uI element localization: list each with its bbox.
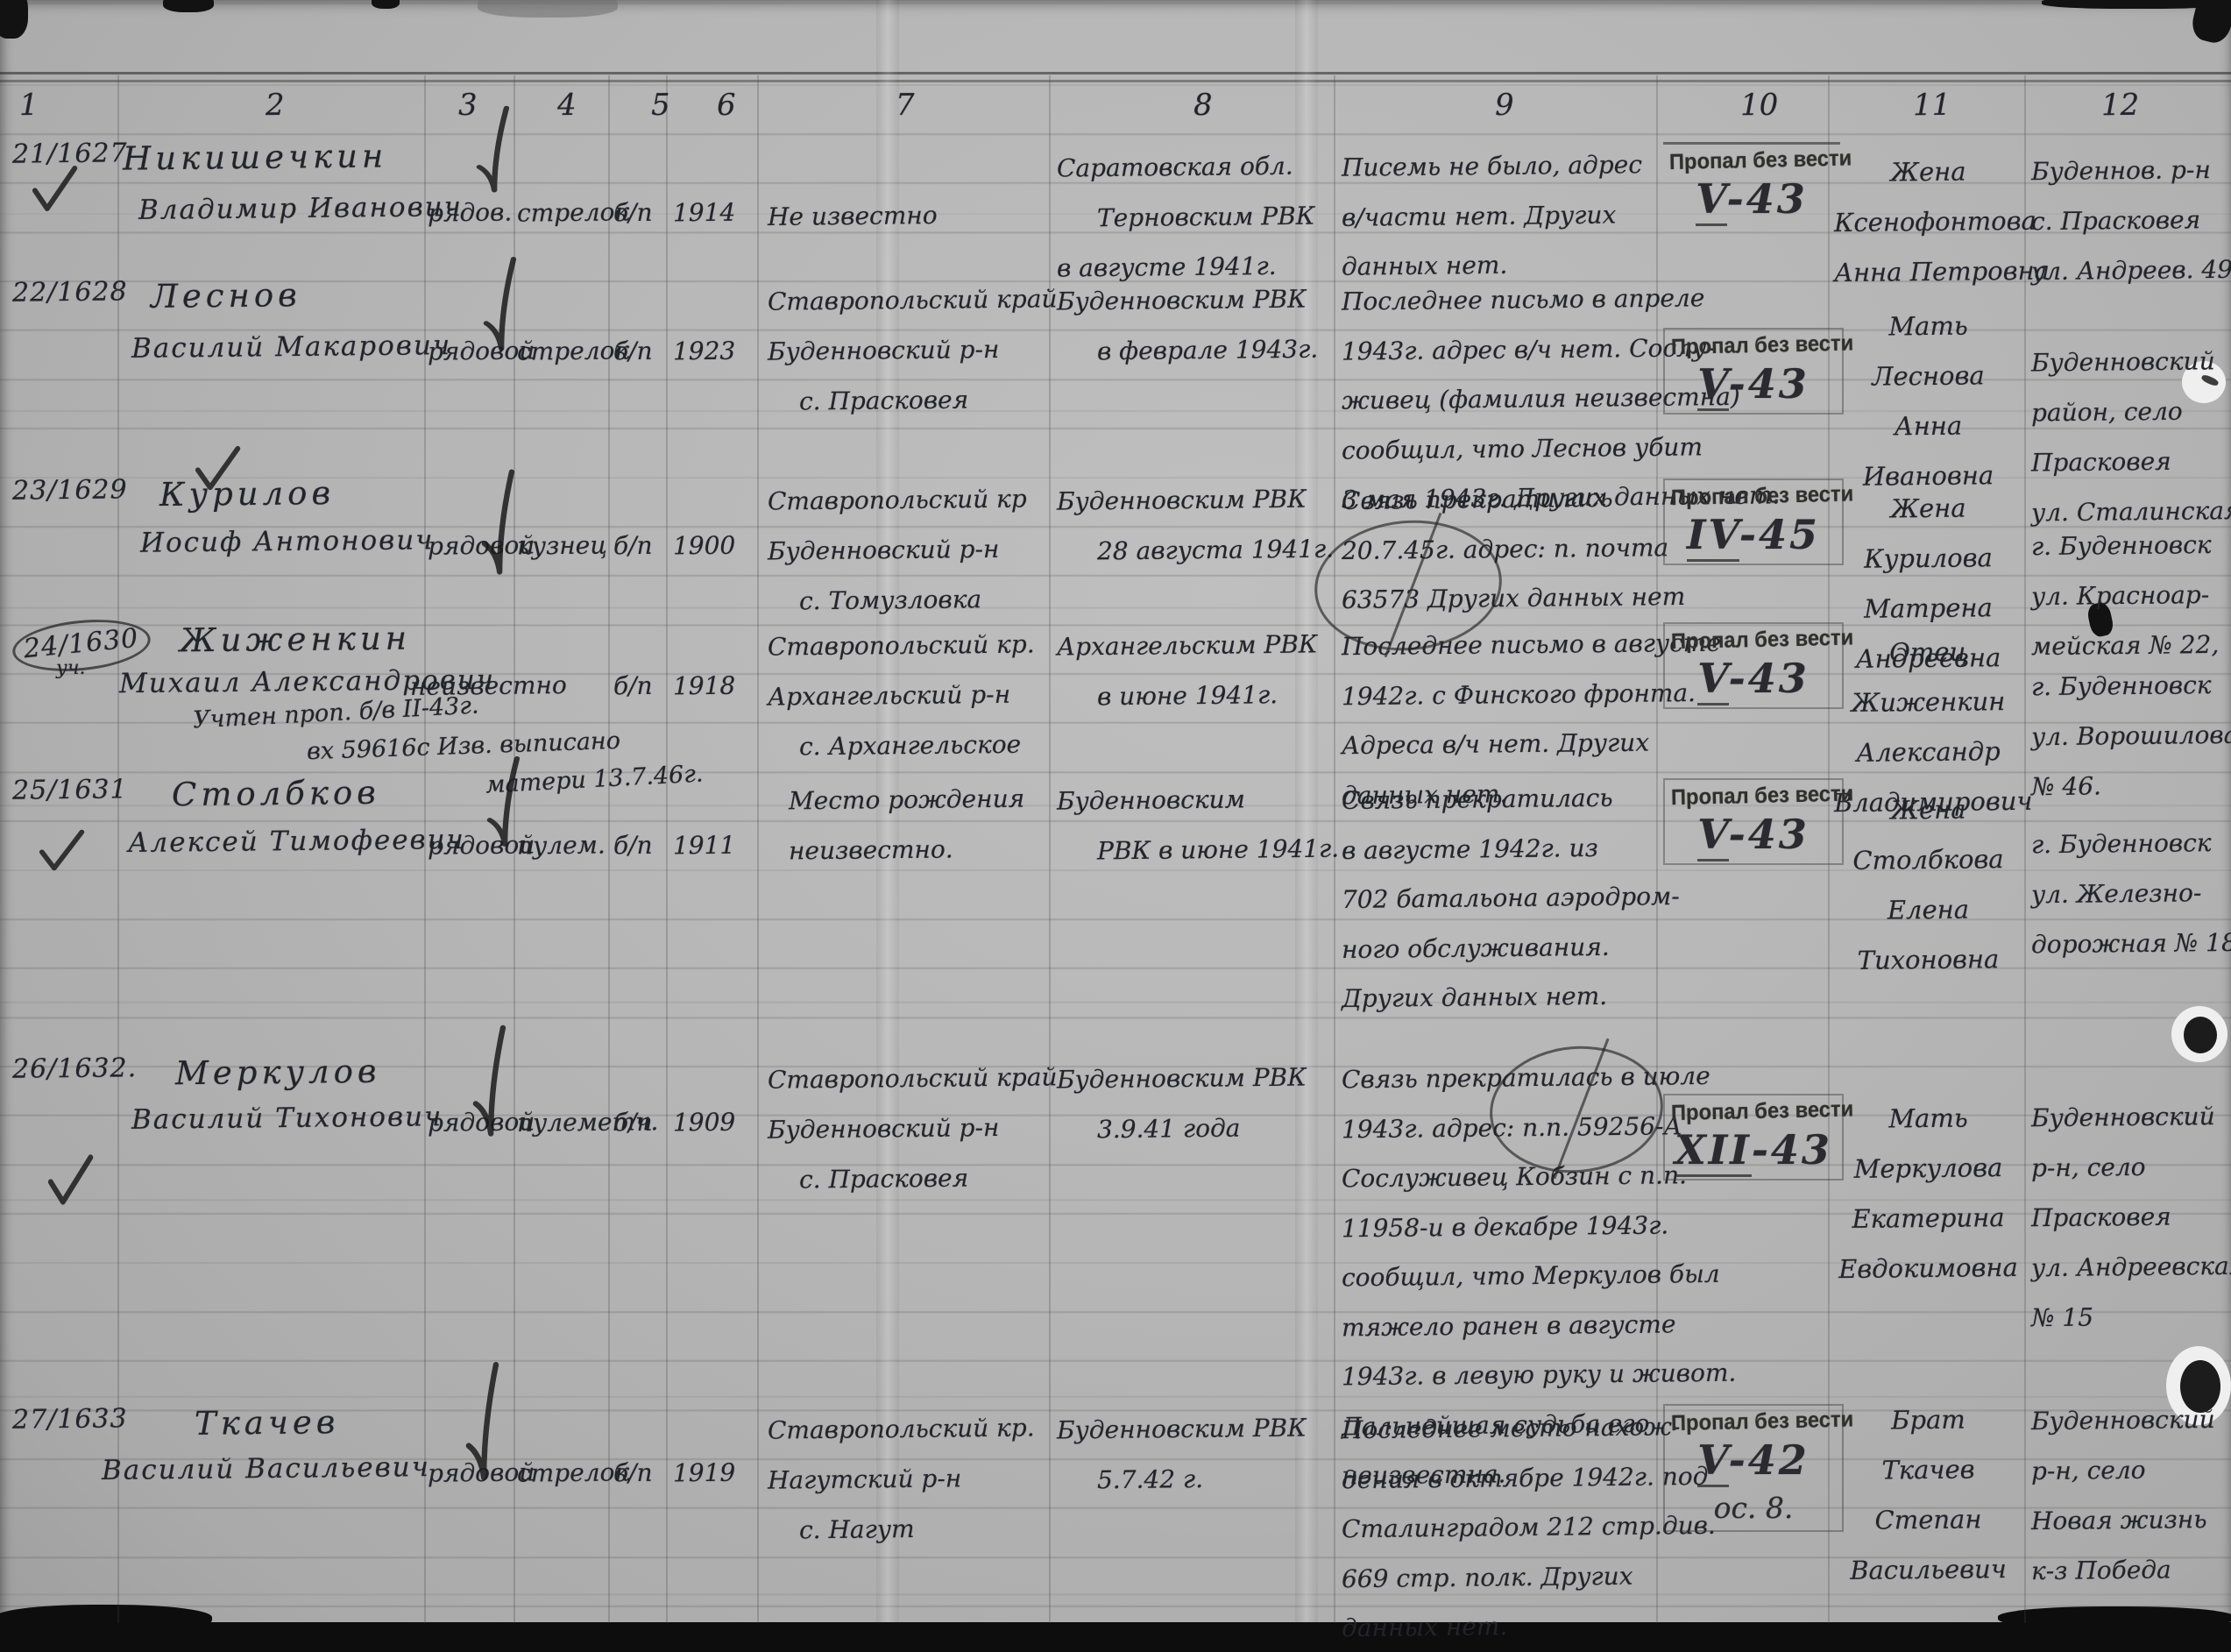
surname: Никишечкин [123,137,388,177]
draft-line: 5.7.42 г. [1097,1453,1307,1505]
missing-date-month: V [1697,360,1728,411]
relative-line: Анна Петровна [1834,246,2023,298]
detail-line: 63573 Других данных нет [1342,572,1686,626]
small-check-mark [30,163,79,214]
header-rule-top [0,72,2231,74]
detail-line: Связь прекратилась [1342,773,1680,826]
missing-in-action-stamp: Пропал без вестиV-43 [1663,622,1844,709]
missing-date: V-43 [1665,175,1838,223]
address-line: дорожная № 18. [2031,918,2231,970]
missing-date-month: V [1697,1436,1728,1487]
header-rule-bottom [0,80,2231,82]
detail-line: сообщил, что Меркулов был [1342,1250,1737,1303]
specialty: кузнец [517,530,607,560]
birth-year: 1911 [673,831,736,861]
ink-smudge [478,0,618,18]
detail-line: Последнее письмо в апреле [1342,273,1781,327]
missing-in-action-stamp: Пропал без вестиV-43 [1663,778,1844,865]
draft-line: Терновским РВК [1097,191,1315,244]
address-line: Прасковея [2031,436,2231,488]
drafted-cell: Буденновским РВК28 августа 1941г. [1057,475,1334,575]
address-cell: Буденновскийрайон, селоПрасковеяул. Стал… [2031,337,2231,536]
missing-stamp-label: Пропал без вести [1669,146,1835,175]
surname: Курилов [159,474,335,514]
address-line: № 46. [2031,760,2231,812]
relative-line: Леснова [1834,351,2023,402]
detail-line: сообщил, что Леснов убит [1342,422,1781,476]
party-status: б/п [613,671,653,700]
detail-line: 20.7.45г. адрес: п. почта [1342,522,1686,576]
birthplace-line: с. Нагут [799,1503,1035,1556]
address-line: г. Буденновск [2031,520,2220,571]
missing-date-month: V [1697,655,1728,705]
birthplace-line: Ставропольский край [768,1052,1058,1104]
birthplace-line: Не известно [768,190,938,242]
surname: Леснов [151,276,301,316]
row-id: 25/1631 [12,774,128,805]
missing-stamp-label: Пропал без вести [1671,626,1837,655]
missing-stamp-label: Пропал без вести [1671,1097,1837,1126]
address-line: г. Буденновск [2031,660,2231,712]
column-number: 7 [896,88,915,123]
relative-line: Тихоновна [1834,934,2023,986]
relative-line: Жиженкин [1834,677,2023,728]
column-number: 4 [557,88,577,123]
birth-year: 1918 [673,671,736,701]
missing-date-month: V [1696,175,1726,226]
draft-line: Буденновским РВК [1057,1403,1307,1456]
birthplace-line: с. Прасковея [799,1152,1058,1204]
rank: рядов. [428,197,513,227]
missing-stamp-label: Пропал без вести [1671,1407,1837,1436]
draft-line: Саратовская обл. [1057,140,1315,193]
relative-cell: МатьМеркуловаЕкатеринаЕвдокимовна [1834,1094,2022,1294]
specialty: пулем. [517,830,606,860]
address-line: Буденновский [2031,336,2231,388]
relative-line: Отец [1834,627,2023,678]
drafted-cell: БуденновскимРВК в июне 1941г. [1057,775,1339,875]
missing-date-month: IV [1687,511,1739,562]
check-mark [473,103,513,204]
bottom-edge-band [1998,1606,2231,1629]
column-number: 1 [19,88,39,123]
drafted-cell: Буденновским РВК3.9.41 года [1057,1053,1307,1153]
address-line: ул. Андреев. 49 [2031,245,2231,296]
ink-blot [2189,0,2231,46]
birthplace-line: Место рождения [789,774,1025,826]
bottom-edge-band [0,1605,212,1633]
row-id: 27/1633 [12,1403,128,1435]
grid-line [757,75,759,1623]
paper-hole [2184,1017,2217,1053]
address-line: Буденнов. р-н [2031,145,2231,196]
relative-line: Екатерина [1834,1193,2023,1244]
missing-date: V-42 [1667,1436,1840,1484]
relative-line: Ксенофонтова [1834,196,2023,248]
small-check-mark [46,1152,95,1208]
birthplace-line: Буденновский р-н [768,523,1027,576]
birthplace-line: Ставропольский кр. [768,619,1035,671]
relative-line: Столбкова [1834,834,2023,886]
row-id: 21/1627 [12,138,128,169]
drafted-cell: Буденновским РВКв феврале 1943г. [1057,275,1318,375]
stamp-extra-note: ос. 8. [1667,1491,1840,1525]
birthplace-cell: Место рождениянеизвестно. [789,775,1024,875]
party-status: б/п [613,1108,653,1137]
relative-line: Жена [1834,146,2023,198]
party-status: б/п [613,831,653,860]
birthplace-line: Архангельский р-н [768,669,1035,721]
address-line: Прасковея [2031,1191,2231,1244]
relative-line: Меркулова [1834,1143,2023,1195]
relative-line: Мать [1834,1093,2023,1145]
address-line: ул. Андреевская [2031,1241,2231,1294]
row-annotation: уч. [56,657,86,679]
missing-in-action-stamp: Пропал без вестиV-43 [1663,142,1840,228]
draft-line: Буденновским РВК [1057,273,1319,326]
given-names: Иосиф Антонович [140,524,435,559]
birth-year: 1914 [673,198,736,228]
draft-line: 28 августа 1941г. [1097,524,1335,577]
given-names: Василий Тихонович [131,1101,443,1136]
column-number: 3 [458,88,478,123]
missing-in-action-stamp: Пропал без вестиIV-45 [1663,479,1844,565]
party-status: б/п [613,531,653,560]
draft-line: Буденновским РВК [1057,1053,1307,1105]
ink-blot [372,0,400,9]
relative-line: Евдокимовна [1834,1243,2023,1294]
note-line: матери 13.7.46г. [485,761,704,799]
missing-date: IV-45 [1667,511,1840,558]
grid-line [2024,75,2026,1623]
missing-stamp-label: Пропал без вести [1671,482,1837,511]
address-cell: Буденнов. р-нс. Прасковеяул. Андреев. 49 [2031,145,2231,295]
party-status: б/п [613,337,653,365]
birth-year: 1923 [673,337,736,366]
given-names: Владимир Иванович [138,191,463,226]
relative-line: Ткачев [1834,1444,2023,1496]
missing-date: V-43 [1667,811,1840,858]
party-status: б/п [613,198,653,227]
relative-line: Жена [1834,784,2023,836]
address-line: ул. Ворошилова [2031,710,2231,762]
draft-line: Архангельским РВК [1057,619,1318,671]
birthplace-line: Ставропольский кр [768,473,1027,526]
relative-cell: БратТкачевСтепанВасильевич [1834,1395,2022,1595]
relative-cell: МатьЛесноваАннаИвановна [1834,301,2022,501]
column-number: 5 [651,88,670,123]
detail-line: Писемь не было, адрес [1342,140,1643,193]
draft-line: Буденновским [1057,773,1340,826]
detail-line: Адреса в/ч нет. Других [1342,718,1722,771]
draft-line: в феврале 1943г. [1097,324,1319,377]
drafted-cell: Буденновским РВК5.7.42 г. [1057,1404,1307,1504]
draft-line: РВК в июне 1941г. [1097,824,1340,876]
missing-in-action-stamp: Пропал без вестиV-42ос. 8. [1663,1404,1844,1532]
missing-date: XII-43 [1667,1126,1840,1173]
surname: Жиженкин [180,620,411,660]
birthplace-cell: Ставропольский кр.Архангельский р-нс. Ар… [768,620,1035,770]
row-id: 22/1628 [12,276,128,308]
relative-line: Александр [1834,727,2023,778]
relative-cell: ЖенаСтолбковаЕленаТихоновна [1834,785,2022,985]
missing-stamp-label: Пропал без вести [1671,782,1837,811]
address-cell: Буденновскийр-н, селоПрасковеяул. Андрее… [2031,1092,2231,1342]
column-number: 6 [717,88,736,123]
draft-line: в июне 1941г. [1097,670,1318,722]
birth-year: 1900 [673,531,736,561]
address-line: № 15 [2031,1291,2231,1344]
address-cell: г. Буденновскул. Железно-дорожная № 18. [2031,819,2231,968]
address-line: р-н, село [2031,1141,2231,1194]
birthplace-line: с. Томузловка [799,574,1027,627]
surname: Ткачев [195,1403,340,1443]
birthplace-cell: Ставропольский крайБуденновский р-нс. Пр… [768,275,1057,425]
surname: Столбков [172,774,380,813]
note-line: вх 59616с Изв. выписано [307,727,621,765]
given-names: Василий Васильевич [102,1451,430,1486]
relative-line: Степан [1834,1494,2023,1546]
row-id: 23/1629 [12,474,128,506]
details-cell: Писемь не было, адресв/части нет. Других… [1342,142,1642,291]
address-line: Буденновский [2031,1091,2231,1144]
small-check-mark [37,827,86,873]
detail-line: в/части нет. Других [1342,190,1643,243]
column-number: 9 [1495,88,1514,123]
birthplace-line: Ставропольский кр. [768,1402,1035,1455]
drafted-cell: Архангельским РВКв июне 1941г. [1057,620,1318,720]
ink-blot [163,0,214,12]
address-cell: г. Буденновскул. Красноар-мейская № 22, [2031,521,2219,670]
detail-line: тяжело ранен в августе [1342,1299,1737,1352]
drafted-cell: Саратовская обл.Терновским РВКв августе … [1057,142,1314,292]
detail-line: 11958-и в декабре 1943г. [1342,1200,1737,1253]
address-line: ул. Железно- [2031,868,2231,920]
detail-line: 1943г. в левую руку и живот. [1342,1349,1737,1402]
birthplace-line: Нагутский р-н [768,1452,1035,1505]
column-number: 11 [1913,88,1951,123]
relative-line: Елена [1834,884,2023,936]
relative-line: Брат [1834,1394,2023,1446]
surname: Меркулов [175,1053,381,1092]
relative-line: Жена [1834,483,2023,535]
birthplace-line: с. Прасковея [799,373,1058,426]
detail-line: в августе 1942г. из [1342,822,1680,876]
detail-line: Последнее место нахож- [1342,1402,1716,1456]
details-cell: Связь прекратиласьв августе 1942г. из702… [1342,775,1680,1023]
missing-in-action-stamp: Пропал без вестиV-43 [1663,328,1844,415]
document-sheet: 12345678910111221/1627НикишечкинВладимир… [0,0,2231,1652]
address-line: ул. Красноар- [2031,570,2220,621]
birthplace-line: Буденновский р-н [768,323,1058,376]
address-line: г. Буденновск [2031,818,2231,870]
missing-stamp-label: Пропал без вести [1671,331,1837,360]
column-number: 10 [1740,88,1779,123]
column-number: 12 [2101,88,2140,123]
column-number: 8 [1193,88,1213,123]
relative-line: Курилова [1834,533,2023,585]
birth-year: 1909 [673,1108,736,1138]
missing-date-month: XII [1675,1126,1752,1177]
draft-line: Буденновским РВК [1057,473,1335,526]
birthplace-cell: Ставропольский кр.Нагутский р-нс. Нагут [768,1404,1035,1554]
missing-in-action-stamp: Пропал без вестиXII-43 [1663,1094,1844,1181]
ink-blot [0,0,28,39]
detail-line: ного обслуживания. [1342,921,1680,975]
relative-line: Мать [1834,301,2023,352]
address-line: р-н, село [2031,1444,2215,1496]
missing-date: V-43 [1667,655,1840,702]
birthplace-cell: Ставропольский крайБуденновский р-нс. Пр… [768,1053,1057,1203]
birth-year: 1919 [673,1458,736,1488]
draft-line: 3.9.41 года [1097,1103,1307,1154]
address-line: Новая жизнь [2031,1494,2215,1546]
column-number: 2 [266,88,285,123]
address-cell: г. Буденновскул. Ворошилова№ 46. [2031,661,2231,811]
birthplace-cell: Не известно [768,191,938,241]
given-names: Алексей Тимофеевич [128,824,465,859]
detail-line: 669 стр. полк. Других [1342,1550,1716,1604]
address-cell: Буденновскийр-н, селоНовая жизньк-з Побе… [2031,1395,2215,1595]
address-line: Буденновский [2031,1394,2215,1446]
birthplace-line: с. Архангельское [799,720,1035,772]
detail-line: Других данных нет. [1342,971,1680,1025]
details-cell: Последнее место нахож-дения в октябре 19… [1342,1404,1716,1652]
birthplace-line: неизвестно. [789,824,1025,876]
address-line: с. Прасковея [2031,195,2231,246]
birthplace-line: Буденновский р-н [768,1102,1058,1154]
address-line: к-з Победа [2031,1544,2215,1596]
detail-line: данных нет. [1342,1600,1716,1652]
grid-line [666,75,668,1623]
row-id: 26/1632. [12,1053,138,1084]
detail-line: дения в октябре 1942г. под [1342,1451,1716,1505]
relative-line: Анна [1834,401,2023,452]
relative-cell: ЖенаКсенофонтоваАнна Петровна [1834,147,2022,297]
detail-line: Связь прекратилась [1342,473,1686,527]
address-line: район, село [2031,386,2231,438]
grid-line [608,75,610,1623]
party-status: б/п [613,1458,653,1487]
details-cell: Связь прекратилась20.7.45г. адрес: п. по… [1342,475,1685,624]
missing-date-month: V [1697,811,1728,861]
missing-date: V-43 [1667,360,1840,408]
birthplace-cell: Ставропольский крБуденновский р-нс. Тому… [768,475,1027,625]
detail-line: 702 батальона аэродром- [1342,872,1680,925]
grid-line [117,75,119,1623]
detail-line: Сталинградом 212 стр.див. [1342,1501,1716,1555]
given-names: Василий Макарович [131,330,451,365]
birthplace-line: Ставропольский край [768,273,1058,326]
relative-line: Васильевич [1834,1544,2023,1596]
bottom-edge-band [0,1622,2231,1652]
